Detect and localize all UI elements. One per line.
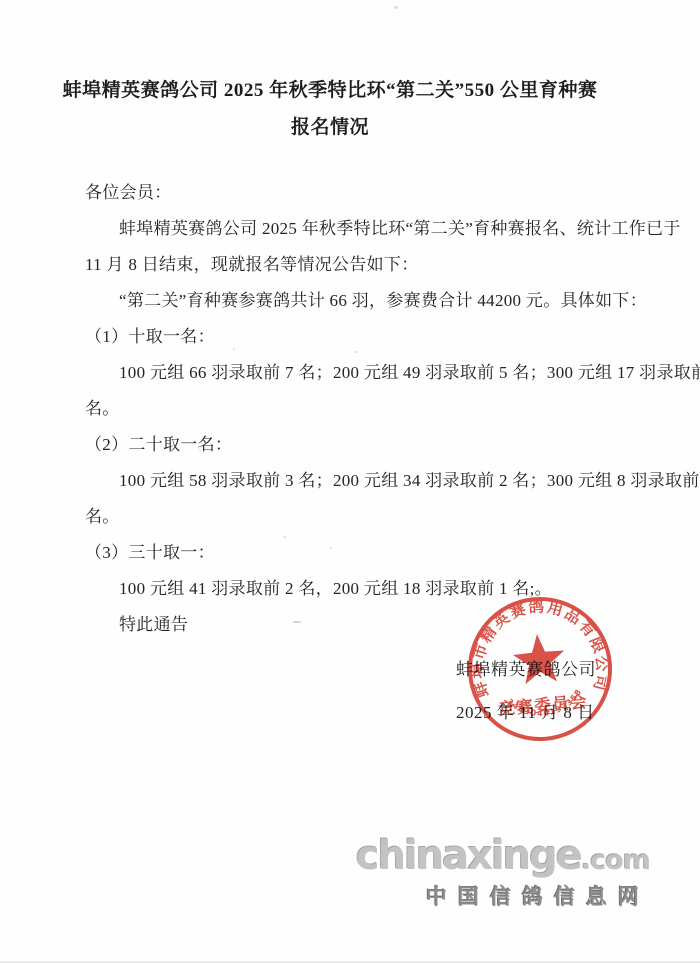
body-line-item-1-cont: 名。 xyxy=(85,391,645,427)
seal-graphic: 蚌埠市精英赛鸽用品有限公司 竞赛委员会 3403040197358 xyxy=(459,588,622,751)
body-line-item-2-cont: 名。 xyxy=(85,499,645,535)
watermark-domain-main: chinaxinge xyxy=(356,833,581,879)
scan-speck xyxy=(330,547,332,549)
document-title: 蚌埠精英赛鸽公司 2025 年秋季特比环“第二关”550 公里育种赛 报名情况 xyxy=(20,72,640,146)
scan-speck xyxy=(394,6,398,9)
body-line-summary: “第二关”育种赛参赛鸽共计 66 羽，参赛费合计 44200 元。具体如下： xyxy=(85,283,645,319)
site-watermark: chinaxinge.com 中国信鸽信息网 xyxy=(356,834,650,909)
title-line-2: 报名情况 xyxy=(20,109,640,146)
body-line-item-2-head: （2）二十取一名： xyxy=(85,427,645,463)
seal-star-icon xyxy=(511,632,566,685)
body-line-salutation: 各位会员： xyxy=(85,175,645,211)
document-page: 蚌埠精英赛鸽公司 2025 年秋季特比环“第二关”550 公里育种赛 报名情况 … xyxy=(0,0,700,963)
body-line-item-1-body: 100 元组 66 羽录取前 7 名；200 元组 49 羽录取前 5 名；30… xyxy=(85,355,645,391)
title-line-1: 蚌埠精英赛鸽公司 2025 年秋季特比环“第二关”550 公里育种赛 xyxy=(20,72,640,109)
watermark-domain-suffix: .com xyxy=(581,845,650,876)
watermark-domain: chinaxinge.com xyxy=(356,834,650,883)
body-line-intro-1: 蚌埠精英赛鸽公司 2025 年秋季特比环“第二关”育种赛报名、统计工作已于 xyxy=(85,211,645,247)
watermark-chinese-name: 中国信鸽信息网 xyxy=(356,885,650,909)
body-line-item-2-body: 100 元组 58 羽录取前 3 名；200 元组 34 羽录取前 2 名；30… xyxy=(85,463,645,499)
body-line-item-1-head: （1）十取一名： xyxy=(85,319,645,355)
scan-speck xyxy=(354,351,357,353)
body-line-intro-2: 11 月 8 日结束，现就报名等情况公告如下： xyxy=(85,247,645,283)
body-line-item-3-head: （3）三十取一： xyxy=(85,535,645,571)
document-body: 各位会员： 蚌埠精英赛鸽公司 2025 年秋季特比环“第二关”育种赛报名、统计工… xyxy=(85,175,645,643)
scan-speck xyxy=(233,348,235,350)
company-seal-stamp: 蚌埠市精英赛鸽用品有限公司 竞赛委员会 3403040197358 xyxy=(459,588,622,751)
scan-pen-mark xyxy=(293,621,301,623)
scan-speck xyxy=(199,449,201,451)
scan-speck xyxy=(283,536,286,538)
